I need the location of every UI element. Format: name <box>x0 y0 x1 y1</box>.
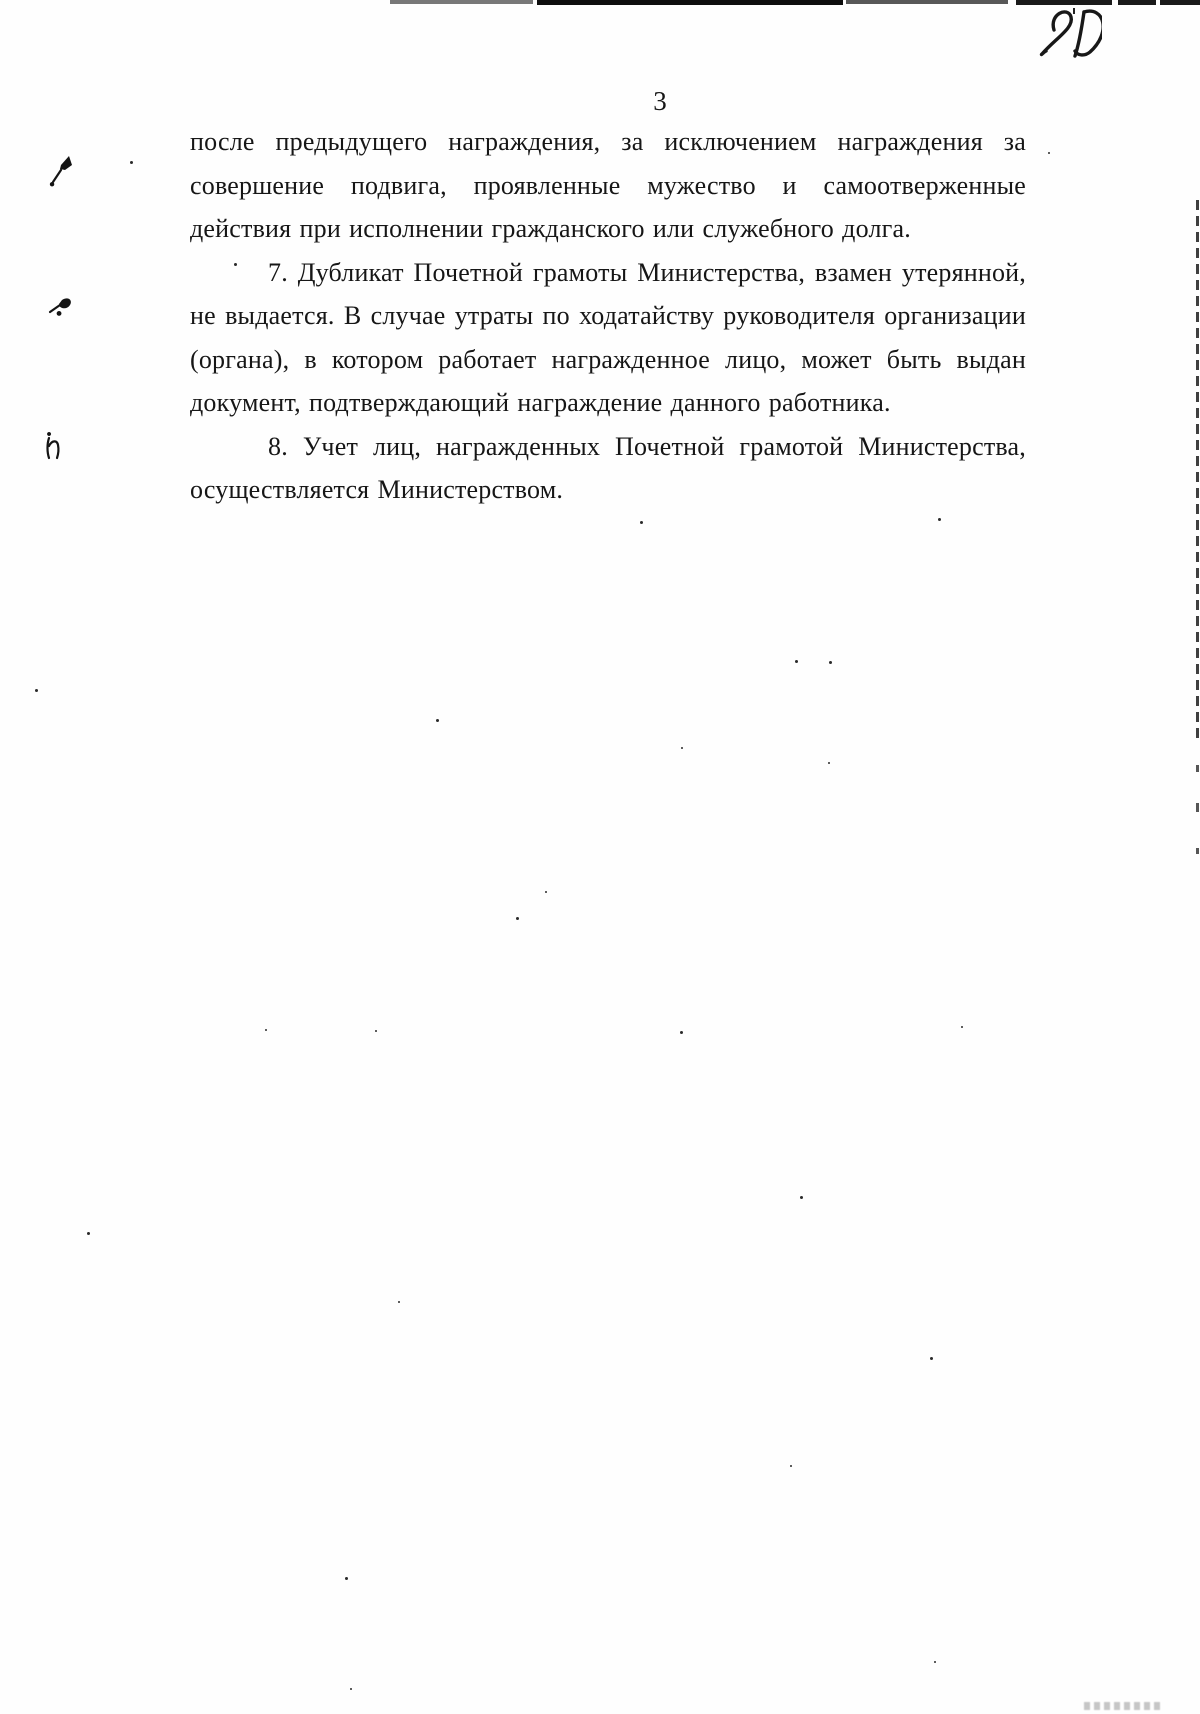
scan-speck <box>681 747 683 749</box>
page-number: 3 <box>640 86 680 117</box>
scan-edge-dot <box>1196 803 1199 812</box>
paragraph-item-8: 8. Учет лиц, награжденных Почетной грамо… <box>190 425 1026 512</box>
scan-speck <box>87 1232 90 1235</box>
scan-speck <box>930 1357 933 1360</box>
scan-speck <box>436 719 439 722</box>
scan-speck <box>130 161 133 164</box>
scan-speck <box>795 660 798 663</box>
scan-speck <box>961 1026 963 1028</box>
paragraph-continuation: после предыдущего награждения, за исключ… <box>190 120 1026 251</box>
scan-speck <box>375 1030 377 1032</box>
scan-speck <box>829 661 832 664</box>
scan-speck <box>35 689 38 692</box>
scan-edge-bar-segment <box>1016 0 1200 5</box>
margin-ink-blot <box>46 292 76 320</box>
paragraph-item-7: 7. Дубликат Почетной грамоты Министерств… <box>190 251 1026 425</box>
document-body: после предыдущего награждения, за исключ… <box>190 120 1026 512</box>
scan-speck <box>828 762 830 764</box>
scan-speck <box>800 1196 803 1199</box>
scan-speck <box>545 891 547 893</box>
faint-edge-mark <box>1084 1702 1162 1710</box>
scan-speck <box>345 1577 348 1580</box>
scan-edge-dot <box>1196 848 1199 854</box>
scan-speck <box>640 521 643 524</box>
scan-speck <box>938 518 941 521</box>
scan-edge-bar-gap <box>1112 0 1118 5</box>
scan-speck <box>934 1661 936 1663</box>
scan-speck <box>350 1688 352 1690</box>
scan-edge-dot <box>1196 765 1199 772</box>
handwritten-number-20 <box>1032 6 1102 64</box>
scan-edge-bar-segment <box>537 0 843 5</box>
scan-speck <box>234 263 237 266</box>
scanned-document-page: 3 после предыдущего награждения, за искл… <box>0 0 1200 1714</box>
scan-edge-dashed-line <box>1196 200 1199 740</box>
scan-speck <box>398 1301 400 1303</box>
scan-speck <box>516 917 519 920</box>
scan-edge-bar-segment <box>846 0 1008 4</box>
handwritten-20-strokes <box>1032 6 1102 64</box>
scan-edge-bar-gap <box>1156 0 1160 5</box>
scan-speck <box>790 1465 792 1467</box>
scan-speck <box>680 1031 683 1034</box>
margin-ink-blot <box>48 153 76 187</box>
scan-speck <box>1048 152 1050 154</box>
scan-speck <box>265 1029 267 1031</box>
scan-edge-bar-segment <box>390 0 533 4</box>
margin-ink-blot <box>42 428 68 464</box>
